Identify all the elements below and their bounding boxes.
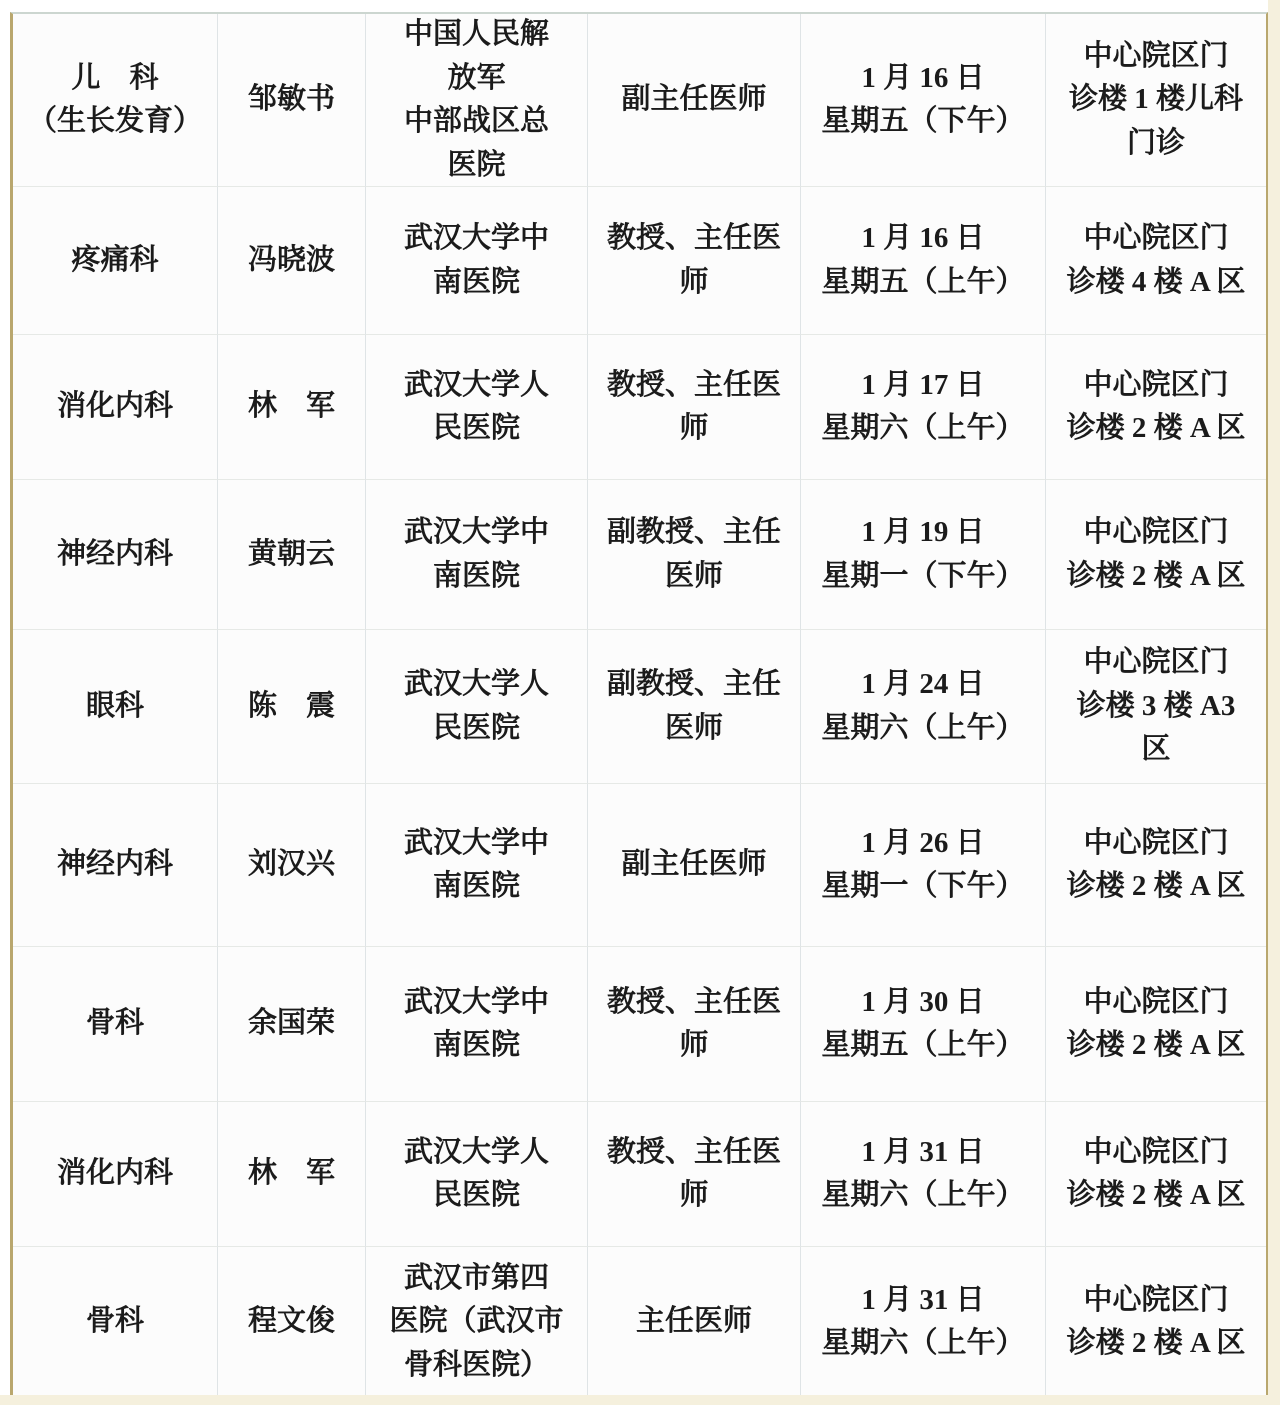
table-row: 疼痛科 冯晓波 武汉大学中 南医院 教授、主任医 师 1 月 16 日 星期五（… (13, 187, 1266, 335)
cell-doctor-name: 黄朝云 (218, 480, 366, 630)
table-row: 神经内科 黄朝云 武汉大学中 南医院 副教授、主任 医师 1 月 19 日 星期… (13, 480, 1266, 630)
cell-department: 消化内科 (13, 335, 218, 480)
cell-title: 副教授、主任 医师 (588, 630, 801, 784)
table-row: 消化内科 林 军 武汉大学人 民医院 教授、主任医 师 1 月 31 日 星期六… (13, 1102, 1266, 1247)
cell-hospital: 武汉大学中 南医院 (366, 784, 588, 947)
cell-location: 中心院区门 诊楼 2 楼 A 区 (1046, 335, 1266, 480)
table-row: 神经内科 刘汉兴 武汉大学中 南医院 副主任医师 1 月 26 日 星期一（下午… (13, 784, 1266, 947)
cell-datetime: 1 月 16 日 星期五（上午） (801, 187, 1046, 335)
cell-location: 中心院区门 诊楼 1 楼儿科 门诊 (1046, 14, 1266, 187)
cell-datetime: 1 月 24 日 星期六（上午） (801, 630, 1046, 784)
cell-department: 神经内科 (13, 784, 218, 947)
cell-title: 教授、主任医 师 (588, 1102, 801, 1247)
cell-department: 眼科 (13, 630, 218, 784)
cell-datetime: 1 月 16 日 星期五（下午） (801, 14, 1046, 187)
cell-title: 副主任医师 (588, 14, 801, 187)
cell-doctor-name: 程文俊 (218, 1247, 366, 1397)
cell-datetime: 1 月 17 日 星期六（上午） (801, 335, 1046, 480)
cell-location: 中心院区门 诊楼 4 楼 A 区 (1046, 187, 1266, 335)
cell-department: 消化内科 (13, 1102, 218, 1247)
table-row: 儿 科 （生长发育） 邹敏书 中国人民解 放军 中部战区总 医院 副主任医师 1… (13, 14, 1266, 187)
table-row: 眼科 陈 震 武汉大学人 民医院 副教授、主任 医师 1 月 24 日 星期六（… (13, 630, 1266, 784)
cell-doctor-name: 陈 震 (218, 630, 366, 784)
cell-location: 中心院区门 诊楼 2 楼 A 区 (1046, 1102, 1266, 1247)
cell-hospital: 武汉大学人 民医院 (366, 335, 588, 480)
cell-hospital: 武汉大学中 南医院 (366, 480, 588, 630)
cell-location: 中心院区门 诊楼 2 楼 A 区 (1046, 480, 1266, 630)
cell-doctor-name: 余国荣 (218, 947, 366, 1102)
cell-datetime: 1 月 30 日 星期五（上午） (801, 947, 1046, 1102)
cell-hospital: 武汉大学中 南医院 (366, 187, 588, 335)
cell-title: 教授、主任医 师 (588, 947, 801, 1102)
cell-department: 骨科 (13, 947, 218, 1102)
cell-title: 副教授、主任 医师 (588, 480, 801, 630)
cell-hospital: 武汉大学中 南医院 (366, 947, 588, 1102)
cell-datetime: 1 月 31 日 星期六（上午） (801, 1102, 1046, 1247)
table-row: 骨科 余国荣 武汉大学中 南医院 教授、主任医 师 1 月 30 日 星期五（上… (13, 947, 1266, 1102)
cell-datetime: 1 月 26 日 星期一（下午） (801, 784, 1046, 947)
table-row: 骨科 程文俊 武汉市第四 医院（武汉市 骨科医院） 主任医师 1 月 31 日 … (13, 1247, 1266, 1397)
cell-title: 副主任医师 (588, 784, 801, 947)
cell-doctor-name: 刘汉兴 (218, 784, 366, 947)
table-row: 消化内科 林 军 武汉大学人 民医院 教授、主任医 师 1 月 17 日 星期六… (13, 335, 1266, 480)
cell-hospital: 中国人民解 放军 中部战区总 医院 (366, 14, 588, 187)
cell-datetime: 1 月 31 日 星期六（上午） (801, 1247, 1046, 1397)
right-margin-strip (1268, 0, 1280, 1405)
cell-hospital: 武汉市第四 医院（武汉市 骨科医院） (366, 1247, 588, 1397)
cell-department: 神经内科 (13, 480, 218, 630)
expert-clinic-schedule-table: 儿 科 （生长发育） 邹敏书 中国人民解 放军 中部战区总 医院 副主任医师 1… (10, 12, 1268, 1398)
cell-title: 教授、主任医 师 (588, 187, 801, 335)
cell-location: 中心院区门 诊楼 3 楼 A3 区 (1046, 630, 1266, 784)
cell-doctor-name: 邹敏书 (218, 14, 366, 187)
cell-hospital: 武汉大学人 民医院 (366, 1102, 588, 1247)
cell-department: 儿 科 （生长发育） (13, 14, 218, 187)
cell-location: 中心院区门 诊楼 2 楼 A 区 (1046, 1247, 1266, 1397)
cell-doctor-name: 林 军 (218, 1102, 366, 1247)
cell-location: 中心院区门 诊楼 2 楼 A 区 (1046, 784, 1266, 947)
cell-department: 骨科 (13, 1247, 218, 1397)
cell-title: 主任医师 (588, 1247, 801, 1397)
cell-title: 教授、主任医 师 (588, 335, 801, 480)
cell-doctor-name: 林 军 (218, 335, 366, 480)
cell-doctor-name: 冯晓波 (218, 187, 366, 335)
cell-department: 疼痛科 (13, 187, 218, 335)
cell-location: 中心院区门 诊楼 2 楼 A 区 (1046, 947, 1266, 1102)
cell-hospital: 武汉大学人 民医院 (366, 630, 588, 784)
cell-datetime: 1 月 19 日 星期一（下午） (801, 480, 1046, 630)
bottom-margin-strip (0, 1395, 1280, 1405)
